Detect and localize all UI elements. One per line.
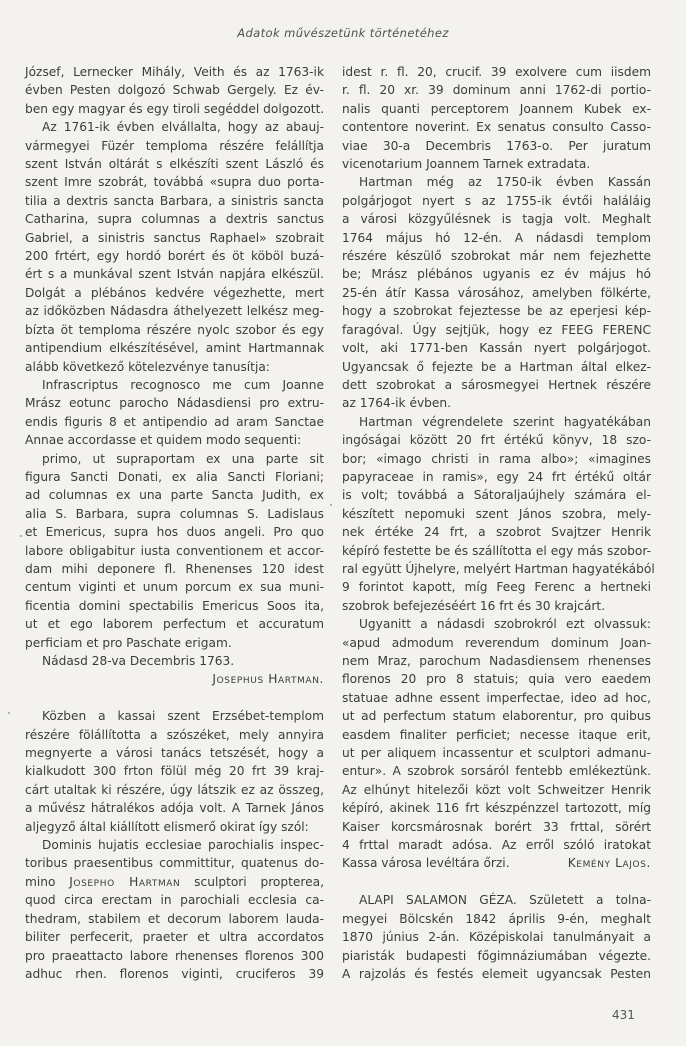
text-line: «apud admodum reverendum dominum Joan-	[342, 634, 651, 652]
text-line: ut ad perfectum statum elaborentur, pro …	[342, 707, 651, 725]
text-line: Ugyanitt a nádasdi szobrokról ezt olvass…	[342, 615, 651, 633]
print-speck	[330, 504, 332, 506]
text-line: vármegyei Füzér temploma részére felállí…	[25, 137, 324, 155]
text-line: Dominis hujatis ecclesiae parochialis in…	[25, 836, 324, 854]
text-line: nalis quanti perceptorem Joannem Kubek e…	[342, 100, 651, 118]
text-line: perficiam et pro Paschate erigam.	[25, 634, 324, 652]
text-line: ért s a munkával szent István napjára el…	[25, 265, 324, 283]
text-line: Nádasd 28-va Decembris 1763.	[25, 652, 324, 670]
text-line: et Emericus, supra hos duos angeli. Pro …	[25, 523, 324, 541]
text-line: volt, aki 1771-ben Kassán nyert polgárjo…	[342, 339, 651, 357]
text-line: biliter perfecerit, praeter et ultra acc…	[25, 928, 324, 946]
text-line: alia S. Barbara, supra columnas S. Ladis…	[25, 505, 324, 523]
text-line: labore obligabitur iusta conventionem et…	[25, 542, 324, 560]
text-line: 1870 június 2-án. Középiskolai tanulmány…	[342, 928, 651, 946]
text-line: figura Sancti Donati, ex alia Sancti Flo…	[25, 468, 324, 486]
text-line: be; Mrász plébános ugyanis ez év május h…	[342, 265, 651, 283]
text-line: vicenotarium Joannem Tarnek extradata.	[342, 155, 651, 173]
text-line: részére készülő szobrokat már nem fejezh…	[342, 247, 651, 265]
text-line: mino Josepho Hartman sculptori propterea…	[25, 873, 324, 891]
text-line: szent Imre szobrát, továbbá «supra duo p…	[25, 173, 324, 191]
text-line: ALAPI SALAMON GÉZA. Született a tolna-	[342, 891, 651, 909]
text-line: adhuc rhen. florenos viginti, cruciferos…	[25, 965, 324, 983]
text-line: Kassa városa levéltára őrzi.Kemény Lajos…	[342, 854, 651, 872]
text-line: alább következő kötelezvénye tanusítja:	[25, 358, 324, 376]
text-line: ingóságai között 20 frt értékű könyv, 18…	[342, 431, 651, 449]
text-line: statuae adhne essent imperfectae, ideo a…	[342, 689, 651, 707]
text-line: hogy a szobrokat fejeztesse be az eperje…	[342, 302, 651, 320]
text-line: Dolgát a plébános kedvére végezhette, me…	[25, 284, 324, 302]
text-line: 200 frtért, egy hordó borért és öt köböl…	[25, 247, 324, 265]
text-line: thedram, stabilem et decorum laborem lau…	[25, 910, 324, 928]
text-line: a városi közgyűlésnek is tagja volt. Meg…	[342, 210, 651, 228]
text-line: Catharina, supra columnas a dextris sanc…	[25, 210, 324, 228]
text-line: nek értéke 24 frt, a szobrot Svajtzer He…	[342, 523, 651, 541]
running-head: Adatok művészetünk történetéhez	[0, 26, 686, 40]
right-column: idest r. fl. 20, crucif. 39 exolvere cum…	[342, 63, 651, 983]
text-line: 25-én átír Kassa városához, amelyben föl…	[342, 284, 651, 302]
paragraph-gap	[25, 689, 324, 707]
text-line: bor; «imago christi in rama albo»; «imag…	[342, 450, 651, 468]
text-line: részére fölállította a szószéket, mely a…	[25, 726, 324, 744]
print-speck	[8, 712, 10, 714]
text-line: idest r. fl. 20, crucif. 39 exolvere cum…	[342, 63, 651, 81]
text-line: A rajzolás és festés elemeit ugyancsak P…	[342, 965, 651, 983]
text-line: Az 1761-ik évben elvállalta, hogy az aba…	[25, 118, 324, 136]
text-line: megnyerte a városi tanács tetszését, hog…	[25, 744, 324, 762]
text-line: cárt utaltak ki részére, úgy látszik ez …	[25, 781, 324, 799]
text-line: antipendium elkészítésével, amint Hartma…	[25, 339, 324, 357]
text-line: megyei Bölcskén 1842 április 9-én, megha…	[342, 910, 651, 928]
page-number: 431	[612, 1008, 635, 1022]
text-line: nem Mraz, parochum Nadasdiensem rhenense…	[342, 652, 651, 670]
text-line: ficentia domini spectabilis Emericus Soo…	[25, 597, 324, 615]
text-line: Ugyancsak ő fejezte be a Hartman által e…	[342, 358, 651, 376]
text-line: készített nepomuki szent János szobra, m…	[342, 505, 651, 523]
text-line: papyraceae in ramis», egy 24 frt értékű …	[342, 468, 651, 486]
name-smallcaps: Josepho Hartman	[69, 875, 180, 889]
text-line: aljegyző által kiállított elismerő okira…	[25, 818, 324, 836]
text-line: kialkudott 300 frton fölül még 20 frt 39…	[25, 762, 324, 780]
text-line: ad columnas ex una parte Sancta Judith, …	[25, 486, 324, 504]
text-line: contentore noverint. Ex senatus consulto…	[342, 118, 651, 136]
text-line: toribus praesentibus committitur, quaten…	[25, 854, 324, 872]
text-line: szobrok befejezéséért 16 frt és 30 krajc…	[342, 597, 651, 615]
text-line: polgárjogot nyert s az 1755-ik évtői hal…	[342, 192, 651, 210]
text-line: Hartman még az 1750-ik évben Kassán	[342, 173, 651, 191]
text-line: Közben a kassai szent Erzsébet-templom	[25, 707, 324, 725]
text-line: 4 frttal maradt adósa. Az erről szóló ir…	[342, 836, 651, 854]
text-line: Mrász eotunc parocho Nádasdiensi pro ext…	[25, 394, 324, 412]
text-line: dam mihi deponere fl. Rhenenses 120 ides…	[25, 560, 324, 578]
text-line: 1764 május hó 12-én. A nádasdi templom	[342, 229, 651, 247]
text-line: Hartman végrendelete szerint hagyatékába…	[342, 413, 651, 431]
text-line: képíró, akinek 116 frt készpénzzel tarto…	[342, 799, 651, 817]
text-line: faragóval. Úgy sejtjük, hogy ez FEEG FER…	[342, 321, 651, 339]
text-line: Kaiser korcsmárosnak borért 33 frttal, s…	[342, 818, 651, 836]
text-line: Annae accordasse et quidem modo sequenti…	[25, 431, 324, 449]
text-line: endis figuris 8 et antipendio ad aram Sa…	[25, 413, 324, 431]
author-signature: Kemény Lajos.	[568, 854, 651, 872]
text-fragment: Kassa városa levéltára őrzi.	[342, 854, 510, 872]
book-page: Adatok művészetünk történetéhez József, …	[0, 0, 686, 1046]
text-line: easdem finaliter perficiet; necesse itaq…	[342, 726, 651, 744]
text-line: a művész hátralékos adója volt. A Tarnek…	[25, 799, 324, 817]
text-line: quod circa erectam in parochiali ecclesi…	[25, 891, 324, 909]
left-column: József, Lernecker Mihály, Veith és az 17…	[25, 63, 324, 983]
print-speck	[20, 535, 22, 537]
text-line: entur». A szobrok sorsáról fentebb emlék…	[342, 762, 651, 780]
text-line: ral együtt Újhelyre, melyért Hartman hag…	[342, 560, 651, 578]
text-line: r. fl. 20 xr. 39 dominum anni 1762-di po…	[342, 81, 651, 99]
text-line: 9 forintot kapott, míg Feeg Ferenc a her…	[342, 578, 651, 596]
text-line: szent István oltárát s elkészíti szent L…	[25, 155, 324, 173]
text-line: viae 30-a Decembris 1763-o. Per juratum	[342, 137, 651, 155]
text-line: Infrascriptus recognosco me cum Joanne	[25, 376, 324, 394]
text-line: az időközben Nádasdra áthelyezett lelkés…	[25, 302, 324, 320]
text-line: évben Pesten dolgozó Schwab Gergely. Ez …	[25, 81, 324, 99]
text-line: pro praeattacto labore rhenenses floreno…	[25, 947, 324, 965]
text-line: Gabriel, a sinistris sanctus Raphael» sz…	[25, 229, 324, 247]
paragraph-gap	[342, 873, 651, 891]
text-line: is volt; továbbá a Sátoraljaújhely számá…	[342, 486, 651, 504]
text-line: Az elhúnyt hitelezői közt volt Schweitze…	[342, 781, 651, 799]
text-line: tilia a dextris sancta Barbara, a sinist…	[25, 192, 324, 210]
text-line: képíró festette be és szállította el egy…	[342, 542, 651, 560]
text-line: florenos 20 pro 8 statuis; quia vero eae…	[342, 670, 651, 688]
text-line: dett szobrokat a sárosmegyei Hertnek rés…	[342, 376, 651, 394]
text-line: centum viginti et unum porcum ex sua mun…	[25, 578, 324, 596]
text-line: primo, ut supraportam ex una parte sit	[25, 450, 324, 468]
text-line: József, Lernecker Mihály, Veith és az 17…	[25, 63, 324, 81]
text-line: ut per aliquem incassentur et sculptori …	[342, 744, 651, 762]
text-line: az 1764-ik évben.	[342, 394, 651, 412]
text-line: ben egy magyar és egy tiroli segéddel do…	[25, 100, 324, 118]
text-line: piaristák budapesti főgimnáziumában vége…	[342, 947, 651, 965]
text-line: ut et ego laborem perfectum et accuratum	[25, 615, 324, 633]
text-line: bízta öt temploma részére nyolc szobor é…	[25, 321, 324, 339]
signature: Josephus Hartman.	[25, 670, 324, 688]
